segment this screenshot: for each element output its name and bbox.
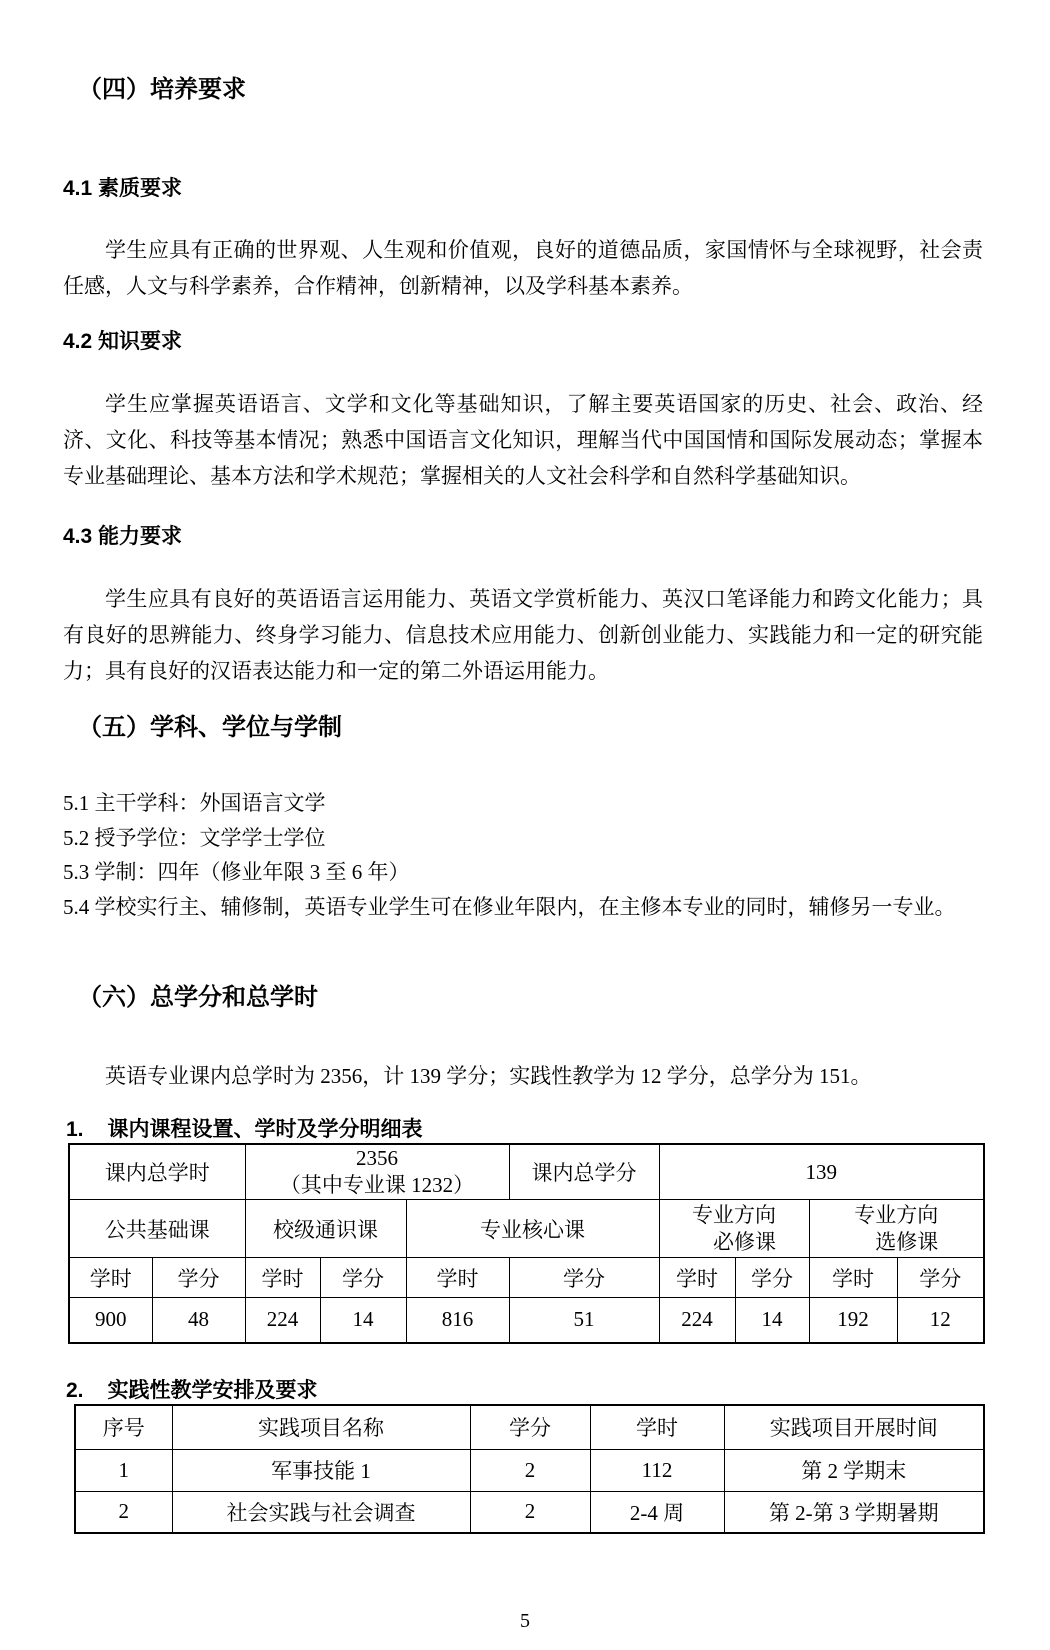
section-5-heading: （五）学科、学位与学制	[78, 714, 342, 742]
header-cell: 实践项目开展时间	[724, 1405, 984, 1449]
header-cell: 学时	[809, 1258, 897, 1298]
item-5-1: 5.1 主干学科：外国语言文学	[63, 786, 983, 821]
header-cell: 学时	[406, 1258, 509, 1298]
table-row: 课内总学时 2356 （其中专业课 1232） 课内总学分 139	[69, 1144, 984, 1200]
subsection-4-3-heading: 4.3 能力要求	[63, 524, 182, 549]
header-cell: 学分	[320, 1258, 406, 1298]
subsection-4-1-heading: 4.1 素质要求	[63, 176, 182, 201]
document-page: （四）培养要求 4.1 素质要求 学生应具有正确的世界观、人生观和价值观，良好的…	[0, 0, 1050, 1650]
header-cell: 序号	[75, 1405, 172, 1449]
value-cell: 51	[509, 1298, 659, 1343]
table-cell-category: 专业方向 必修课	[659, 1200, 809, 1258]
table-row: 公共基础课 校级通识课 专业核心课 专业方向 必修课 专业方向 选修课	[69, 1200, 984, 1258]
value-cell: 2	[470, 1449, 590, 1491]
value-cell: 900	[69, 1298, 152, 1343]
table1-caption-number: 1.	[66, 1118, 84, 1141]
section-5-item-list: 5.1 主干学科：外国语言文学 5.2 授予学位：文学学士学位 5.3 学制：四…	[63, 786, 983, 924]
table1-caption-text: 课内课程设置、学时及学分明细表	[108, 1118, 423, 1141]
table-row: 900 48 224 14 816 51 224 14 192 12	[69, 1298, 984, 1343]
header-cell: 学分	[470, 1405, 590, 1449]
header-cell: 学时	[590, 1405, 724, 1449]
header-cell: 学时	[245, 1258, 320, 1298]
value-cell: 12	[897, 1298, 984, 1343]
table2-caption: 2.实践性教学安排及要求	[66, 1380, 318, 1402]
paragraph-total-credits: 英语专业课内总学时为 2356，计 139 学分；实践性教学为 12 学分，总学…	[63, 1058, 983, 1094]
table-row: 学时 学分 学时 学分 学时 学分 学时 学分 学时 学分	[69, 1258, 984, 1298]
practical-teaching-table: 序号 实践项目名称 学分 学时 实践项目开展时间 1 军事技能 1 2 112 …	[74, 1404, 985, 1534]
value-cell: 1	[75, 1449, 172, 1491]
header-cell: 学分	[509, 1258, 659, 1298]
table-cell-total-credits-value: 139	[659, 1144, 984, 1200]
item-5-3: 5.3 学制：四年（修业年限 3 至 6 年）	[63, 855, 983, 890]
value-cell: 2-4 周	[590, 1491, 724, 1533]
item-5-2: 5.2 授予学位：文学学士学位	[63, 821, 983, 856]
header-cell: 实践项目名称	[172, 1405, 470, 1449]
paragraph-knowledge-requirements: 学生应掌握英语语言、文学和文化等基础知识，了解主要英语国家的历史、社会、政治、经…	[63, 386, 983, 494]
value-cell: 48	[152, 1298, 245, 1343]
table-cell-category: 专业核心课	[406, 1200, 659, 1258]
course-hours-credits-table: 课内总学时 2356 （其中专业课 1232） 课内总学分 139 公共基础课 …	[68, 1143, 985, 1344]
table2-caption-text: 实践性教学安排及要求	[108, 1379, 318, 1402]
table1-caption: 1.课内课程设置、学时及学分明细表	[66, 1119, 423, 1141]
header-cell: 学时	[69, 1258, 152, 1298]
header-cell: 学时	[659, 1258, 735, 1298]
value-cell: 224	[659, 1298, 735, 1343]
subsection-4-2-heading: 4.2 知识要求	[63, 329, 182, 354]
value-cell: 14	[320, 1298, 406, 1343]
value-cell: 2	[470, 1491, 590, 1533]
table-cell-category: 校级通识课	[245, 1200, 406, 1258]
page-number: 5	[0, 1610, 1050, 1633]
section-4-heading: （四）培养要求	[78, 76, 246, 104]
value-cell: 军事技能 1	[172, 1449, 470, 1491]
value-cell: 14	[735, 1298, 809, 1343]
value-cell: 第 2-第 3 学期暑期	[724, 1491, 984, 1533]
table-row: 2 社会实践与社会调查 2 2-4 周 第 2-第 3 学期暑期	[75, 1491, 984, 1533]
paragraph-quality-requirements: 学生应具有正确的世界观、人生观和价值观，良好的道德品质，家国情怀与全球视野，社会…	[63, 232, 983, 304]
header-cell: 学分	[897, 1258, 984, 1298]
paragraph-ability-requirements: 学生应具有良好的英语语言运用能力、英语文学赏析能力、英汉口笔译能力和跨文化能力；…	[63, 581, 983, 689]
value-cell: 816	[406, 1298, 509, 1343]
value-cell: 第 2 学期末	[724, 1449, 984, 1491]
section-6-heading: （六）总学分和总学时	[78, 984, 318, 1012]
item-5-4: 5.4 学校实行主、辅修制，英语专业学生可在修业年限内，在主修本专业的同时，辅修…	[63, 890, 983, 925]
table-row: 1 军事技能 1 2 112 第 2 学期末	[75, 1449, 984, 1491]
table-cell-category: 公共基础课	[69, 1200, 245, 1258]
table-cell-total-credits-label: 课内总学分	[509, 1144, 659, 1200]
table-header-row: 序号 实践项目名称 学分 学时 实践项目开展时间	[75, 1405, 984, 1449]
table-cell-total-hours-label: 课内总学时	[69, 1144, 245, 1200]
table-cell-total-hours-value: 2356 （其中专业课 1232）	[245, 1144, 509, 1200]
value-cell: 192	[809, 1298, 897, 1343]
header-cell: 学分	[735, 1258, 809, 1298]
value-cell: 112	[590, 1449, 724, 1491]
value-cell: 224	[245, 1298, 320, 1343]
table-cell-category: 专业方向 选修课	[809, 1200, 984, 1258]
table2-caption-number: 2.	[66, 1379, 84, 1402]
value-cell: 社会实践与社会调查	[172, 1491, 470, 1533]
header-cell: 学分	[152, 1258, 245, 1298]
value-cell: 2	[75, 1491, 172, 1533]
